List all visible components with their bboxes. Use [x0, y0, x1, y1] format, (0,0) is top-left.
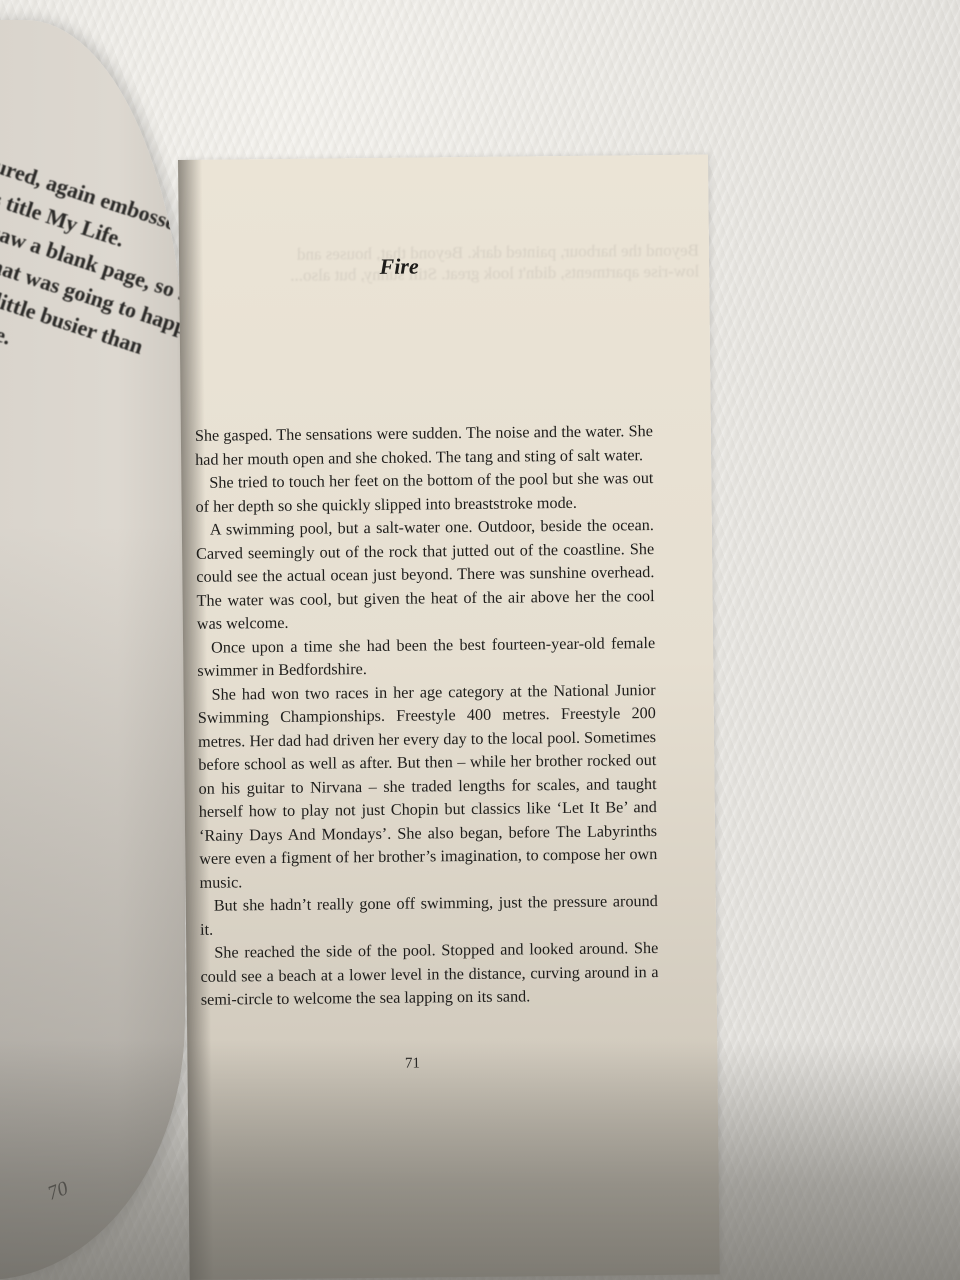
body-text: She gasped. The sensations were sudden. … — [195, 420, 659, 1012]
chapter-title: Fire — [179, 251, 619, 282]
right-page-number: 71 — [187, 1053, 637, 1075]
right-page: Beyond the harbour, painted dark. Beyond… — [178, 154, 720, 1279]
paragraph: She reached the side of the pool. Stoppe… — [200, 937, 659, 1012]
left-page-shadow — [0, 20, 185, 1280]
paragraph: Once upon a time she had been the best f… — [197, 632, 655, 684]
paragraph: She gasped. The sensations were sudden. … — [195, 420, 653, 472]
paragraph: She had won two races in her age categor… — [197, 679, 657, 895]
paragraph: But she hadn’t really gone off swimming,… — [200, 890, 658, 942]
paragraph: She tried to touch her feet on the botto… — [195, 467, 653, 519]
paragraph: A swimming pool, but a salt-water one. O… — [196, 514, 655, 636]
left-page: ured, again embossed with the ss title M… — [0, 20, 185, 1280]
